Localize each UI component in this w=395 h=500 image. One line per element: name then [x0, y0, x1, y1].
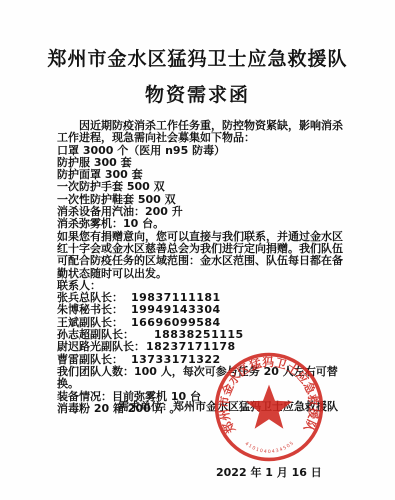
document-title-line2: 物资需求函 [0, 80, 395, 107]
document-title-line1: 郑州市金水区猛犸卫士应急救援队 [0, 44, 395, 71]
item-fog-machines: 消杀弥雾机：10 台。 [57, 218, 349, 230]
requested-items-list: 口罩 3000 个（医用 n95 防毒） 防护服 300 套 防护面罩 300 … [57, 145, 349, 231]
seal-serial-number: 4101040434505 [244, 440, 296, 455]
contacts-list: 张兵总队长：19837111181 朱博秘书长：19949143304 王斌副队… [57, 292, 349, 366]
contact-name: 尉迟路光副队长： [57, 340, 145, 353]
contact-phone: 13733171322 [131, 353, 221, 366]
contact-name: 朱博秘书长： [57, 303, 123, 316]
contact-phone: 19949143304 [131, 303, 221, 316]
svg-text:4101040434505: 4101040434505 [244, 440, 296, 455]
document-body: 因近期防疫消杀工作任务重，防控物资紧缺，影响消杀工作进程，现急需向社会募集如下物… [57, 120, 349, 415]
intro-paragraph: 因近期防疫消杀工作任务重，防控物资紧缺，影响消杀工作进程，现急需向社会募集如下物… [57, 120, 349, 145]
document-date: 2022 年 1 月 16 日 [216, 464, 322, 480]
contact-phone: 16696099584 [131, 316, 221, 329]
contact-name: 曹雷副队长： [57, 353, 123, 366]
requesting-unit-line: 需求单位：郑州市金水区猛犸卫士应急救援队 [118, 398, 338, 414]
item-gloves: 一次防护手套 500 双 [57, 181, 349, 193]
document-page: 郑州市金水区猛犸卫士应急救援队 物资需求函 因近期防疫消杀工作任务重，防控物资紧… [0, 0, 395, 500]
team-size-line: 我们团队人数：100 人，每次可参与任务 20 人左右可替换。 [57, 366, 349, 391]
document-title-block: 郑州市金水区猛犸卫士应急救援队 物资需求函 [0, 0, 395, 107]
contact-name: 王斌副队长： [57, 316, 123, 329]
contact-phone: 18237171178 [146, 340, 236, 353]
donation-paragraph: 如果您有捐赠意向，您可以直接与我们联系，并通过金水区红十字会或金水区慈善总会为我… [57, 231, 349, 280]
